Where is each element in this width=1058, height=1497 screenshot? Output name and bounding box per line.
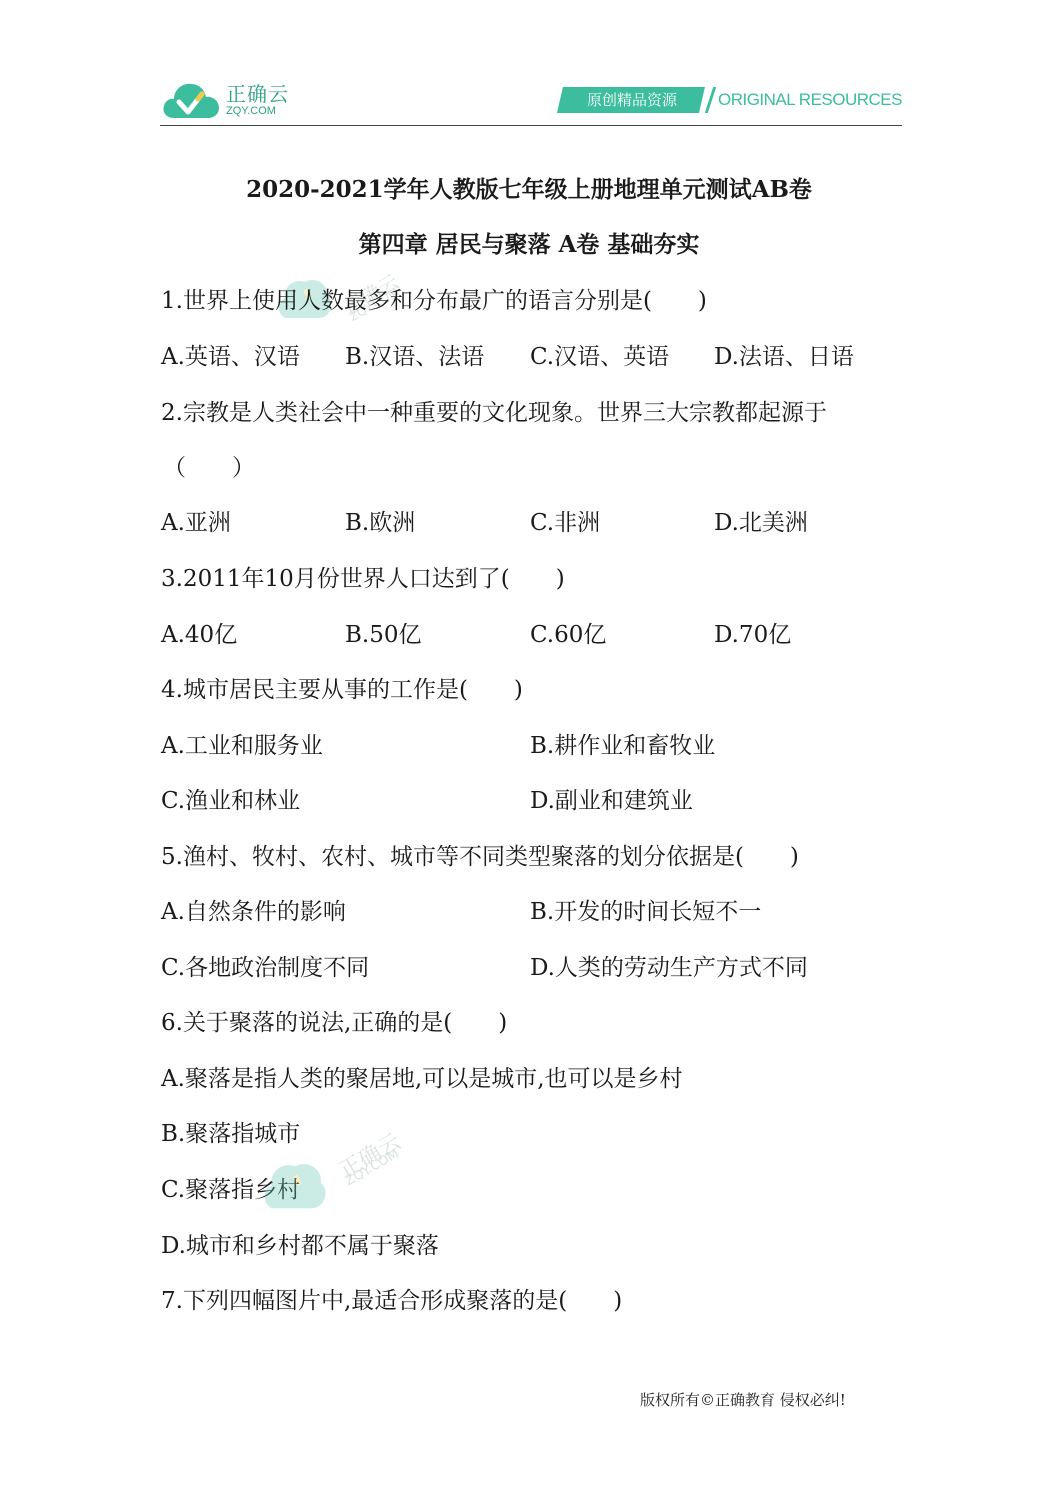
question-4: 4.城市居民主要从事的工作是( )	[161, 671, 523, 704]
cloud-check-icon	[162, 80, 220, 120]
logo-domain: ZQY.COM	[226, 106, 289, 117]
q1-option-c: C.汉语、英语	[530, 338, 669, 371]
banner-slash-divider	[705, 87, 716, 113]
q2-option-d: D.北美洲	[714, 504, 808, 537]
copyright-footer: 版权所有©正确教育 侵权必纠!	[640, 1389, 846, 1410]
q5-option-a: A.自然条件的影响	[161, 893, 346, 926]
question-7: 7.下列四幅图片中,最适合形成聚落的是( )	[161, 1282, 622, 1315]
page-header: 正确云 ZQY.COM 原创精品资源 ORIGINAL RESOURCES	[160, 78, 902, 128]
q6-option-c: C.聚落指乡村	[161, 1171, 300, 1204]
watermark-text: 正确云	[333, 1125, 406, 1185]
page-title: 2020-2021学年人教版七年级上册地理单元测试AB卷	[0, 171, 1058, 204]
q6-option-d: D.城市和乡村都不属于聚落	[161, 1227, 439, 1260]
banner-english: ORIGINAL RESOURCES	[718, 90, 902, 110]
resource-banner: 原创精品资源 ORIGINAL RESOURCES	[557, 86, 902, 114]
page-subtitle: 第四章 居民与聚落 A卷 基础夯实	[0, 226, 1058, 259]
q6-option-b: B.聚落指城市	[161, 1115, 300, 1148]
q1-option-b: B.汉语、法语	[345, 338, 484, 371]
q3-option-a: A.40亿	[161, 616, 237, 649]
q5-option-b: B.开发的时间长短不一	[530, 893, 761, 926]
q4-option-d: D.副业和建筑业	[530, 782, 693, 815]
logo-chinese-name: 正确云	[226, 84, 289, 104]
question-6: 6.关于聚落的说法,正确的是( )	[161, 1004, 507, 1037]
q5-option-c: C.各地政治制度不同	[161, 949, 369, 982]
q2-option-a: A.亚洲	[161, 504, 231, 537]
question-3: 3.2011年10月份世界人口达到了( )	[161, 560, 565, 593]
brand-logo: 正确云 ZQY.COM	[162, 80, 289, 120]
question-2: 2.宗教是人类社会中一种重要的文化现象。世界三大宗教都起源于	[161, 394, 827, 427]
q3-option-b: B.50亿	[345, 616, 421, 649]
q1-option-a: A.英语、汉语	[161, 338, 300, 371]
header-divider	[160, 125, 902, 126]
q1-option-d: D.法语、日语	[714, 338, 854, 371]
q3-option-c: C.60亿	[530, 616, 606, 649]
q2-option-b: B.欧洲	[345, 504, 415, 537]
question-2-blank: （ ）	[163, 449, 255, 482]
question-1: 1.世界上使用人数最多和分布最广的语言分别是( )	[161, 282, 707, 315]
question-5: 5.渔村、牧村、农村、城市等不同类型聚落的划分依据是( )	[161, 838, 799, 871]
q4-option-b: B.耕作业和畜牧业	[530, 727, 715, 760]
q4-option-c: C.渔业和林业	[161, 782, 300, 815]
watermark-domain: ZQY.COM	[343, 1146, 402, 1189]
q6-option-a: A.聚落是指人类的聚居地,可以是城市,也可以是乡村	[161, 1060, 683, 1093]
banner-tag: 原创精品资源	[557, 87, 705, 113]
q4-option-a: A.工业和服务业	[161, 727, 323, 760]
q5-option-d: D.人类的劳动生产方式不同	[530, 949, 808, 982]
q2-option-c: C.非洲	[530, 504, 600, 537]
q3-option-d: D.70亿	[714, 616, 791, 649]
